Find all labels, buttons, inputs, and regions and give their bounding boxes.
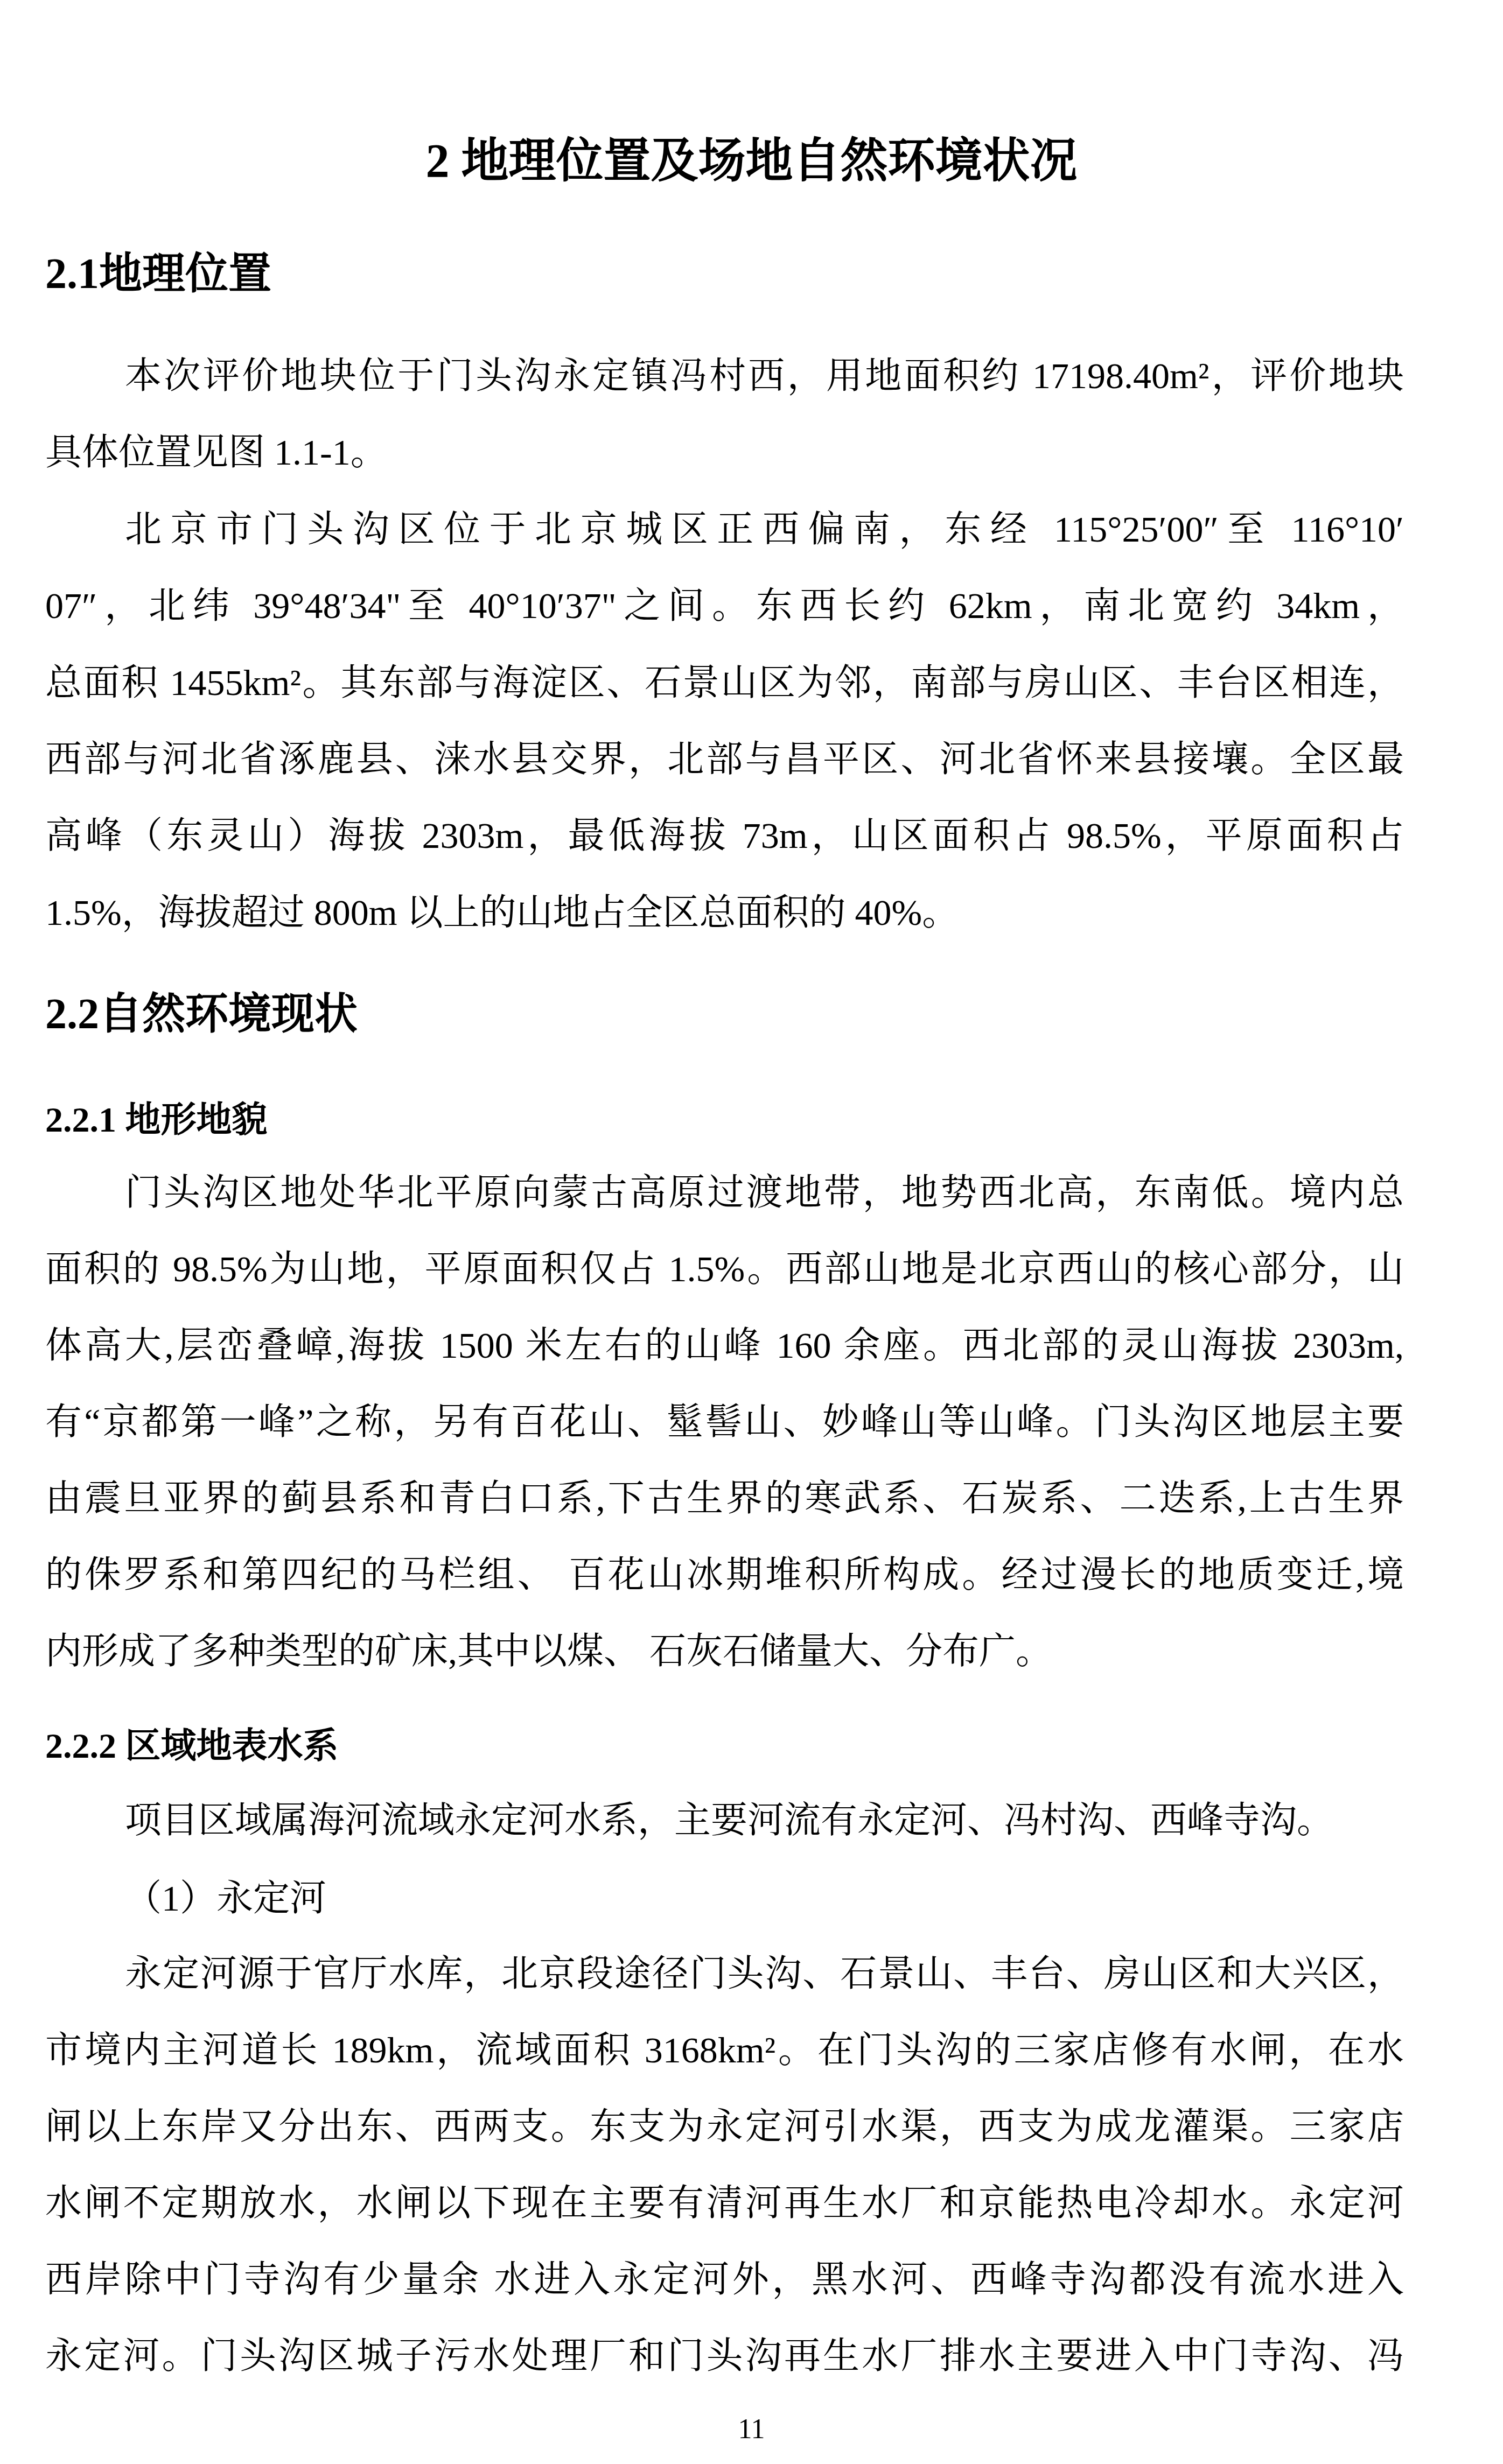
paragraph-line: 闸以上东岸又分出东、西两支。东支为永定河引水渠，西支为成龙灌渠。三家店 bbox=[45, 2105, 1404, 2148]
paragraph-line: 07″，北纬 39°48′34"至 40°10′37"之间。东西长约 62km，… bbox=[45, 584, 1404, 627]
paragraph-line: 体高大,层峦叠嶂,海拔 1500 米左右的山峰 160 余座。西北部的灵山海拔 … bbox=[45, 1324, 1404, 1367]
paragraph-line: 西岸除中门寺沟有少量余 水进入永定河外，黑水河、西峰寺沟都没有流水进入 bbox=[45, 2258, 1404, 2301]
paragraph-line: 永定河。门头沟区城子污水处理厂和门头沟再生水厂排水主要进入中门寺沟、冯 bbox=[45, 2334, 1404, 2377]
chapter-title: 2 地理位置及场地自然环境状况 bbox=[0, 123, 1503, 191]
section-heading-2-1: 2.1地理位置 bbox=[45, 238, 271, 300]
paragraph-line: 市境内主河道长 189km，流域面积 3168km²。在门头沟的三家店修有水闸，… bbox=[45, 2028, 1404, 2072]
paragraph-line: 高峰（东灵山）海拔 2303m，最低海拔 73m，山区面积占 98.5%，平原面… bbox=[45, 814, 1404, 857]
subsection-heading-2-2-1: 2.2.1 地形地貌 bbox=[45, 1091, 268, 1142]
paragraph-line: 总面积 1455km²。其东部与海淀区、石景山区为邻，南部与房山区、丰台区相连， bbox=[45, 661, 1404, 704]
paragraph-line: 水闸不定期放水，水闸以下现在主要有清河再生水厂和京能热电冷却水。永定河 bbox=[45, 2181, 1404, 2224]
paragraph-line: 1.5%，海拔超过 800m 以上的山地占全区总面积的 40%。 bbox=[45, 891, 959, 934]
paragraph-line: 面积的 98.5%为山地，平原面积仅占 1.5%。西部山地是北京西山的核心部分，… bbox=[45, 1247, 1404, 1290]
paragraph-line: 北京市门头沟区位于北京城区正西偏南，东经 115°25′00″至 116°10′ bbox=[125, 508, 1404, 551]
paragraph-line: 由震旦亚界的蓟县系和青白口系,下古生界的寒武系、石炭系、二迭系,上古生界 bbox=[45, 1477, 1404, 1520]
list-item-label: （1）永定河 bbox=[125, 1877, 326, 1920]
page-number: 11 bbox=[0, 2413, 1503, 2445]
subsection-heading-2-2-2: 2.2.2 区域地表水系 bbox=[45, 1717, 339, 1768]
paragraph-line: 门头沟区地处华北平原向蒙古高原过渡地带，地势西北高，东南低。境内总 bbox=[125, 1171, 1404, 1214]
paragraph-line: 有“京都第一峰”之称，另有百花山、髽髻山、妙峰山等山峰。门头沟区地层主要 bbox=[45, 1400, 1404, 1443]
paragraph-line: 西部与河北省涿鹿县、涞水县交界，北部与昌平区、河北省怀来县接壤。全区最 bbox=[45, 738, 1404, 781]
paragraph-line: 永定河源于官厅水库，北京段途径门头沟、石景山、丰台、房山区和大兴区， bbox=[125, 1952, 1404, 1995]
paragraph-line: 内形成了多种类型的矿床,其中以煤、 石灰石储量大、分布广。 bbox=[45, 1630, 1052, 1673]
paragraph-line: 具体位置见图 1.1-1。 bbox=[45, 431, 387, 474]
paragraph-line: 项目区域属海河流域永定河水系，主要河流有永定河、冯村沟、西峰寺沟。 bbox=[125, 1799, 1333, 1842]
paragraph-line: 本次评价地块位于门头沟永定镇冯村西，用地面积约 17198.40m²，评价地块 bbox=[125, 354, 1404, 397]
paragraph-line: 的侏罗系和第四纪的马栏组、 百花山冰期堆积所构成。经过漫长的地质变迁,境 bbox=[45, 1553, 1404, 1596]
section-heading-2-2: 2.2自然环境现状 bbox=[45, 979, 358, 1041]
